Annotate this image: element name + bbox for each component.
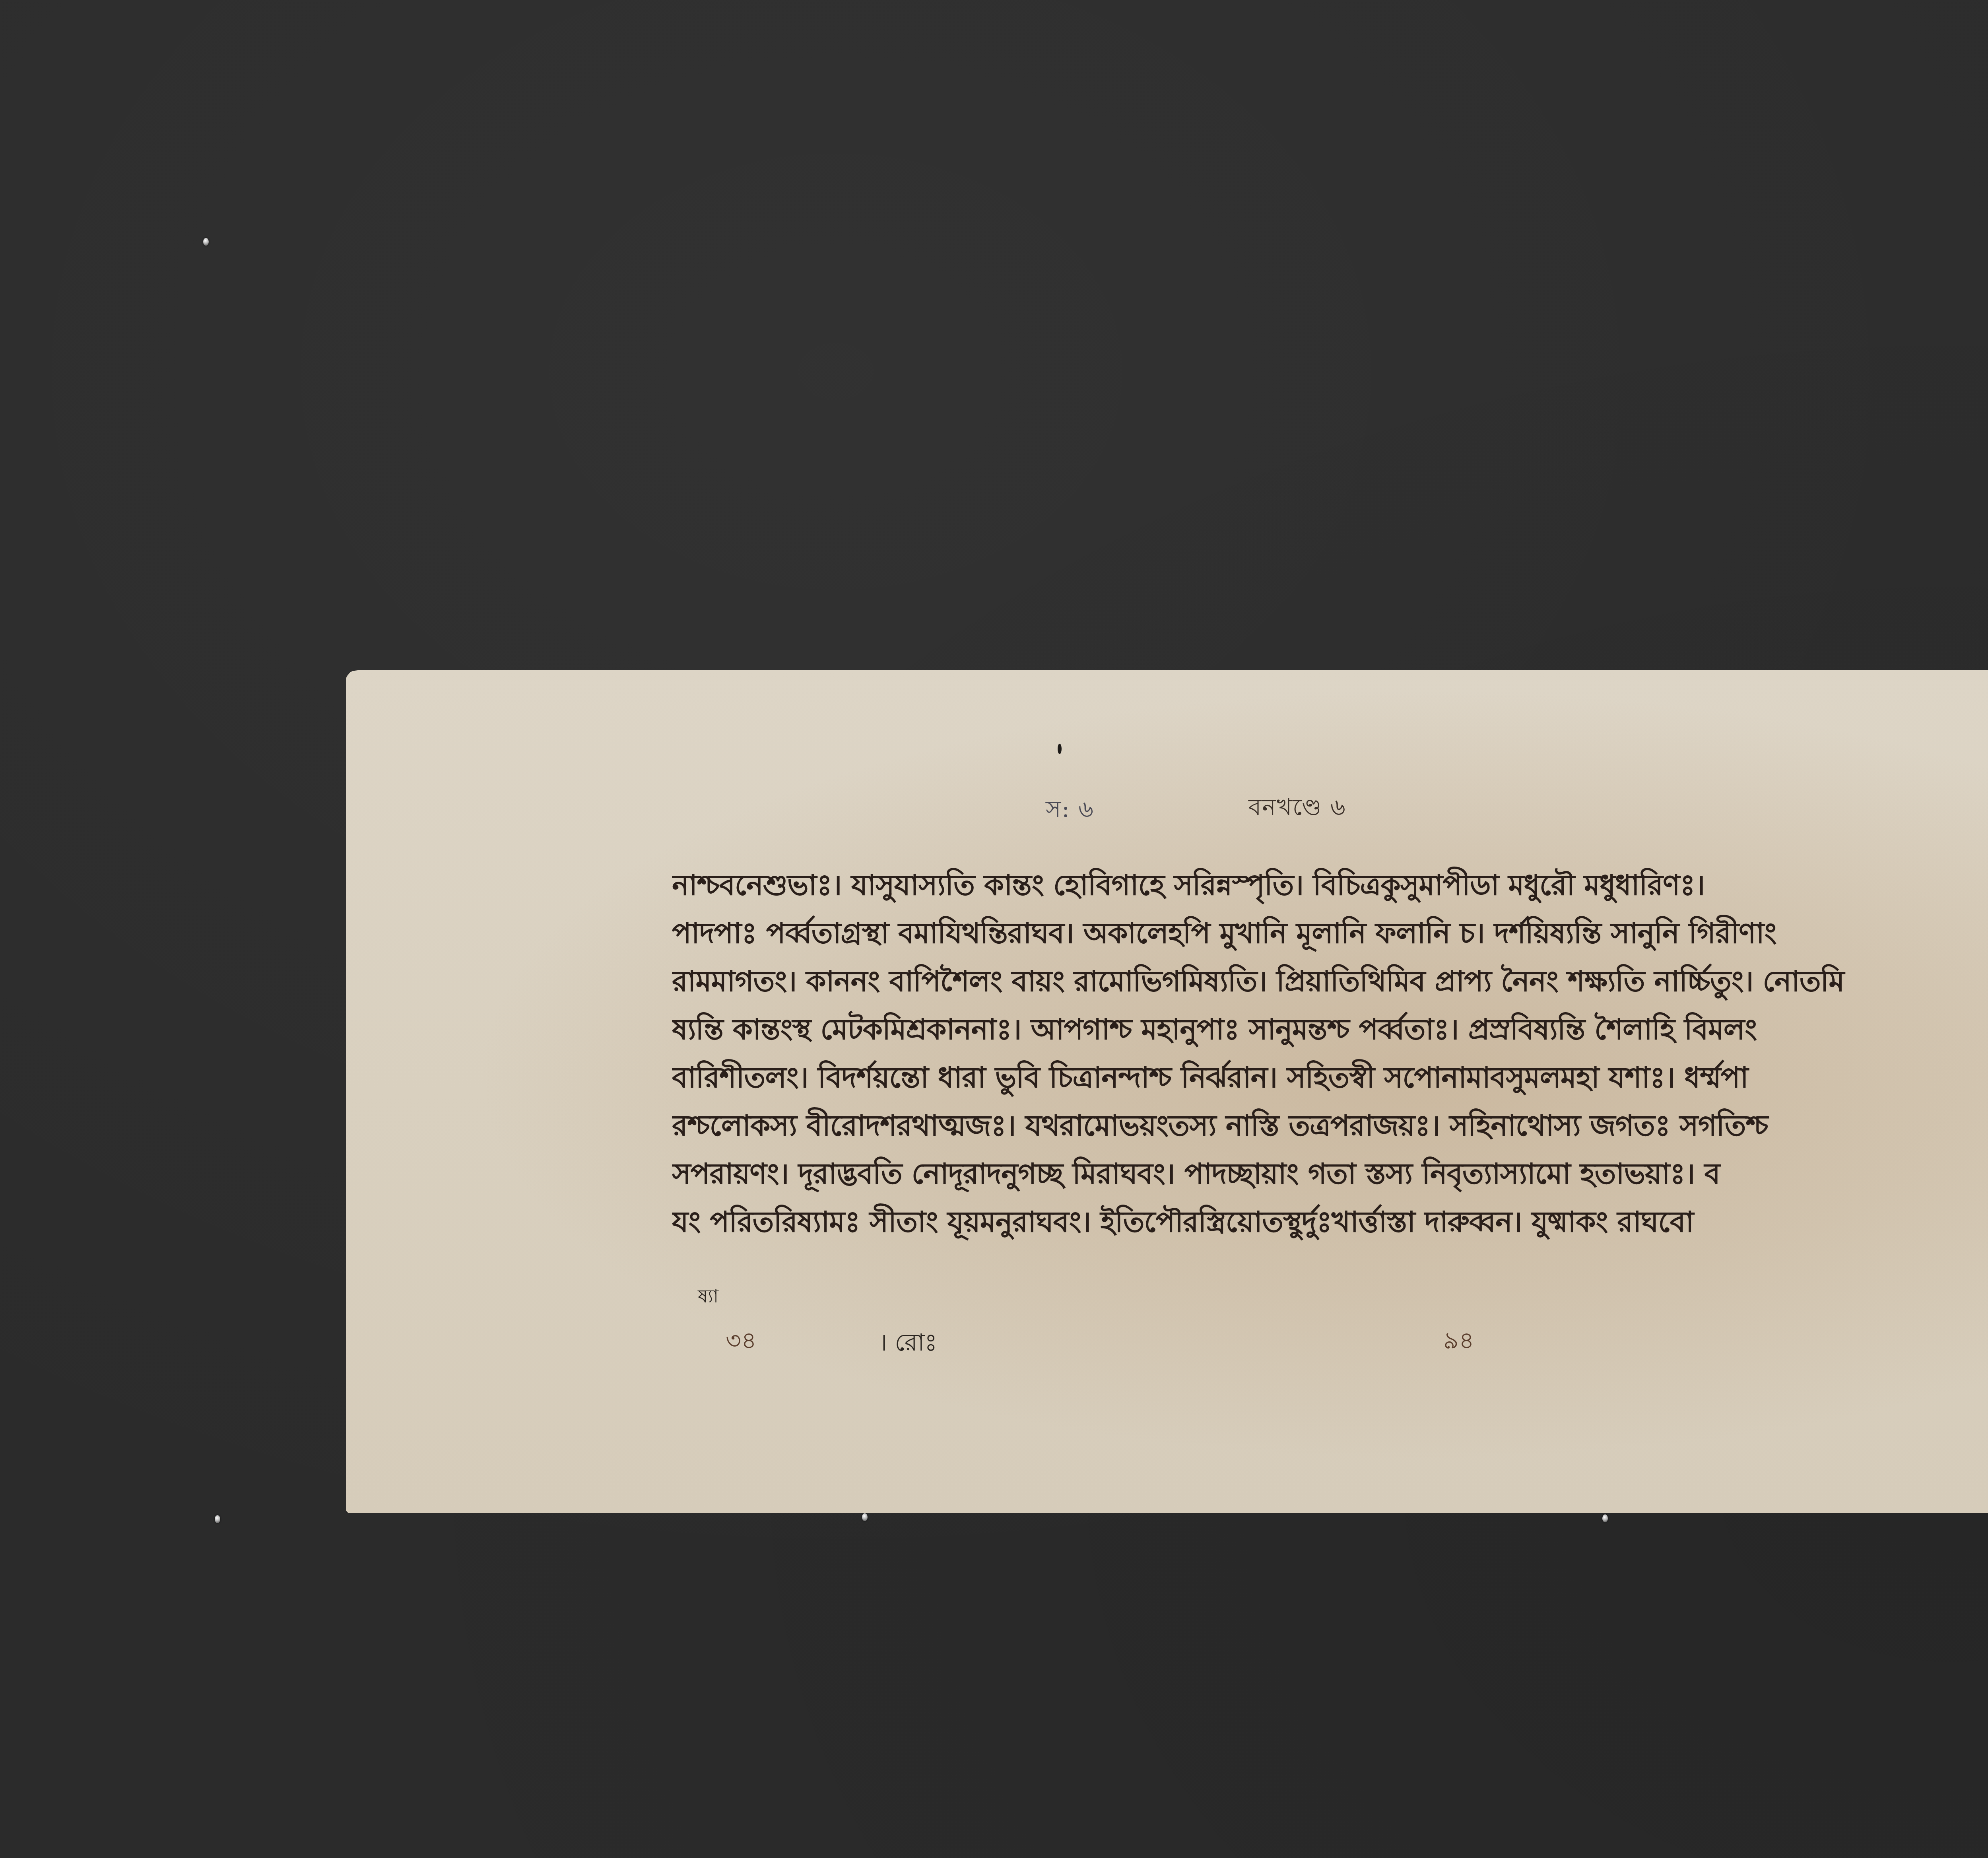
ink-mark — [1058, 744, 1062, 754]
text-line-7: সপরায়ণং। দূরাদ্ভবতি নোদূরাদনুগচ্ছ মিরাঘ… — [672, 1150, 1988, 1198]
bottom-left-word: । রোঃ — [879, 1324, 937, 1364]
interlinear-note: ষ্যা — [698, 1283, 718, 1313]
manuscript-text-block: নাশ্চবনেশুভাঃ। যাসুযাস্যতি কান্তং হোবিগা… — [672, 861, 1988, 1246]
text-line-6: রশ্চলোকস্য বীরোদশরথাত্মজঃ। যথরামোভয়ংতস্… — [672, 1102, 1988, 1150]
text-line-1: নাশ্চবনেশুভাঃ। যাসুযাস্যতি কান্তং হোবিগা… — [672, 861, 1988, 909]
text-line-2: পাদপাঃ পর্ব্বতাগ্রস্থা বমাযিথন্তিরাঘব। অ… — [672, 909, 1988, 957]
mounting-pin — [215, 1515, 220, 1523]
header-left-note: স: ৬ — [1046, 791, 1094, 830]
bottom-left-numeral: ৩৪ — [726, 1322, 757, 1362]
text-line-8: যং পরিতরিষ্যামঃ সীতাং যূয়মনুরাঘবং। ইতিপ… — [672, 1198, 1988, 1246]
mounting-pin — [862, 1513, 868, 1521]
mounting-pin — [203, 238, 209, 246]
mounting-pin — [1602, 1514, 1608, 1522]
bottom-center-numeral: ৯৪ — [1443, 1322, 1474, 1362]
text-line-4: ষ্যন্তি কান্তংস্থ মেটকমিশ্রকাননাঃ। আপগাশ… — [672, 1005, 1988, 1053]
text-line-3: রামমাগতং। কাননং বাপিশৈলং বায়ং রামোভিগমি… — [672, 957, 1988, 1005]
text-line-5: বারিশীতলং। বিদর্শয়ন্তো ধারা ভুবি চিত্রা… — [672, 1053, 1988, 1102]
header-center-note: বনখণ্ডে ৬ — [1248, 789, 1346, 828]
